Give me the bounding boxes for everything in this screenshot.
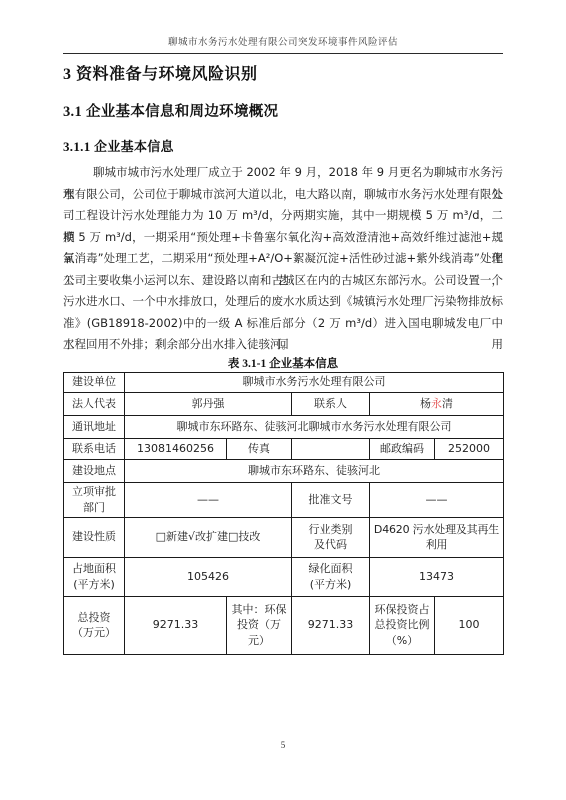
phone-value: 13081460256 xyxy=(125,438,227,459)
contact-name-red-char: 永 xyxy=(431,397,442,410)
paragraph-line: 污水进水口、一个中水排放口，处理后的废水水质达到《城镇污水处理厂污染物排放标 xyxy=(63,291,503,313)
construction-nature-value: □新建√改扩建□技改 xyxy=(125,517,292,557)
mailing-address-label: 通讯地址 xyxy=(64,415,125,438)
paragraph-line: 聊城市城市污水处理厂成立于 2002 年 9 月，2018 年 9 月更名为聊城… xyxy=(63,162,503,184)
contact-name-part: 杨 xyxy=(420,397,431,410)
paragraph-line: 氯消毒”处理工艺，二期采用“预处理+A²/O+絮凝沉淀+活性砂过滤+紫外线消毒”… xyxy=(63,248,503,270)
fax-label: 传真 xyxy=(227,438,292,459)
paragraph-line: 准》(GB18918-2002)中的一级 A 标准后部分（2 万 m³/d）进入… xyxy=(63,313,503,335)
table-caption: 表 3.1-1 企业基本信息 xyxy=(63,356,503,372)
paragraph-line: 模 5 万 m³/d，一期采用“预处理+卡鲁塞尔氧化沟+高效澄清池+高效纤维过滤… xyxy=(63,227,503,249)
approval-doc-number-value: —— xyxy=(370,482,504,517)
construction-site-value: 聊城市东环路东、徒骇河北 xyxy=(125,459,504,482)
fax-value xyxy=(292,438,370,459)
postal-code-value: 252000 xyxy=(435,438,504,459)
env-investment-ratio-value: 100 xyxy=(435,596,504,654)
legal-rep-value: 郭丹强 xyxy=(125,392,292,415)
header-divider xyxy=(63,53,503,54)
paragraph-line: 公司主要收集小运河以东、建设路以南和古城区在内的古城区东部污水。公司设置一个 xyxy=(63,270,503,292)
subsection-heading: 3.1 企业基本信息和周边环境概况 xyxy=(63,104,503,121)
table-row: 建设性质 □新建√改扩建□技改 行业类别 及代码 D4620 污水处理及其再生 … xyxy=(64,517,504,557)
contact-person-value: 杨永清 xyxy=(370,392,504,415)
industry-category-value: D4620 污水处理及其再生 利用 xyxy=(370,517,504,557)
table-row: 建设单位 聊城市水务污水处理有限公司 xyxy=(64,372,504,392)
document-page: 聊城市水务污水处理有限公司突发环境事件风险评估 3 资料准备与环境风险识别 3.… xyxy=(0,0,566,800)
company-info-table: 建设单位 聊城市水务污水处理有限公司 法人代表 郭丹强 联系人 杨永清 通讯地址… xyxy=(63,372,504,655)
construction-unit-label: 建设单位 xyxy=(64,372,125,392)
table-row: 总投资 （万元） 9271.33 其中：环保 投资（万元） 9271.33 环保… xyxy=(64,596,504,654)
construction-nature-label: 建设性质 xyxy=(64,517,125,557)
green-area-label: 绿化面积 (平方米) xyxy=(292,557,370,596)
env-investment-label: 其中：环保 投资（万元） xyxy=(227,596,292,654)
table-row: 联系电话 13081460256 传真 邮政编码 252000 xyxy=(64,438,504,459)
env-investment-value: 9271.33 xyxy=(292,596,370,654)
table-row: 建设地点 聊城市东环路东、徒骇河北 xyxy=(64,459,504,482)
postal-code-label: 邮政编码 xyxy=(370,438,435,459)
subsubsection-heading: 3.1.1 企业基本信息 xyxy=(63,139,503,154)
section-heading: 3 资料准备与环境风险识别 xyxy=(63,66,503,84)
contact-name-part: 清 xyxy=(442,397,453,410)
approval-doc-number-label: 批准文号 xyxy=(292,482,370,517)
table-row: 占地面积 (平方米) 105426 绿化面积 (平方米) 13473 xyxy=(64,557,504,596)
construction-unit-value: 聊城市水务污水处理有限公司 xyxy=(125,372,504,392)
contact-person-label: 联系人 xyxy=(292,392,370,415)
paragraph-line: 司工程设计污水处理能力为 10 万 m³/d，分两期实施，其中一期规模 5 万 … xyxy=(63,205,503,227)
body-paragraph: 聊城市城市污水处理厂成立于 2002 年 9 月，2018 年 9 月更名为聊城… xyxy=(63,162,503,356)
mailing-address-value: 聊城市东环路东、徒骇河北聊城市水务污水处理有限公司 xyxy=(125,415,504,438)
table-row: 法人代表 郭丹强 联系人 杨永清 xyxy=(64,392,504,415)
construction-site-label: 建设地点 xyxy=(64,459,125,482)
running-header: 聊城市水务污水处理有限公司突发环境事件风险评估 xyxy=(63,0,503,49)
green-area-value: 13473 xyxy=(370,557,504,596)
total-investment-value: 9271.33 xyxy=(125,596,227,654)
land-area-value: 105426 xyxy=(125,557,292,596)
page-number: 5 xyxy=(0,740,566,750)
approval-department-value: —— xyxy=(125,482,292,517)
total-investment-label: 总投资 （万元） xyxy=(64,596,125,654)
table-row: 立项审批 部门 —— 批准文号 —— xyxy=(64,482,504,517)
land-area-label: 占地面积 (平方米) xyxy=(64,557,125,596)
paragraph-line: 理有限公司，公司位于聊城市滨河大道以北，电大路以南，聊城市水务污水处理有限公 xyxy=(63,184,503,206)
env-investment-ratio-label: 环保投资占 总投资比例 （%） xyxy=(370,596,435,654)
industry-category-label: 行业类别 及代码 xyxy=(292,517,370,557)
approval-department-label: 立项审批 部门 xyxy=(64,482,125,517)
phone-label: 联系电话 xyxy=(64,438,125,459)
table-row: 通讯地址 聊城市东环路东、徒骇河北聊城市水务污水处理有限公司 xyxy=(64,415,504,438)
legal-rep-label: 法人代表 xyxy=(64,392,125,415)
